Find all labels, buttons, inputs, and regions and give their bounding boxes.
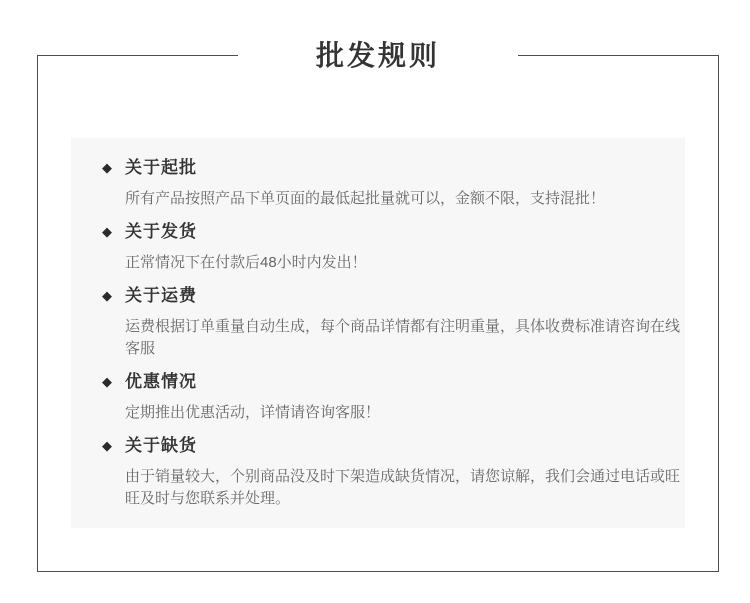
rule-section-freight: ◆ 关于运费 运费根据订单重量自动生成，每个商品详情都有注明重量，具体收费标准请… xyxy=(71,286,685,360)
rule-heading: 关于缺货 xyxy=(125,436,197,456)
rule-section-out-of-stock: ◆ 关于缺货 由于销量较大，个别商品没及时下架造成缺货情况，请您谅解，我们会通过… xyxy=(71,436,685,510)
diamond-bullet-icon: ◆ xyxy=(102,158,115,178)
rule-section-discount: ◆ 优惠情况 定期推出优惠活动，详情请咨询客服！ xyxy=(71,372,685,424)
rule-heading-row: ◆ 关于运费 xyxy=(102,286,683,306)
diamond-bullet-icon: ◆ xyxy=(102,286,115,306)
rules-box: 批发规则 ◆ 关于起批 所有产品按照产品下单页面的最低起批量就可以，金额不限，支… xyxy=(37,55,719,572)
rule-heading: 关于运费 xyxy=(125,286,197,306)
rules-panel: ◆ 关于起批 所有产品按照产品下单页面的最低起批量就可以，金额不限，支持混批！ … xyxy=(71,138,685,528)
rule-heading-row: ◆ 关于缺货 xyxy=(102,436,683,456)
rule-heading: 优惠情况 xyxy=(125,372,197,392)
rule-body: 定期推出优惠活动，详情请咨询客服！ xyxy=(125,402,683,424)
wholesale-rules-page: 批发规则 ◆ 关于起批 所有产品按照产品下单页面的最低起批量就可以，金额不限，支… xyxy=(0,0,750,603)
diamond-bullet-icon: ◆ xyxy=(102,436,115,456)
rule-heading-row: ◆ 关于起批 xyxy=(102,158,683,178)
rule-section-shipping: ◆ 关于发货 正常情况下在付款后48小时内发出！ xyxy=(71,222,685,274)
rule-section-min-order: ◆ 关于起批 所有产品按照产品下单页面的最低起批量就可以，金额不限，支持混批！ xyxy=(71,158,685,210)
rule-body: 所有产品按照产品下单页面的最低起批量就可以，金额不限，支持混批！ xyxy=(125,188,683,210)
rule-heading: 关于起批 xyxy=(125,158,197,178)
rule-body: 运费根据订单重量自动生成，每个商品详情都有注明重量，具体收费标准请咨询在线客服 xyxy=(125,316,683,360)
rule-heading-row: ◆ 关于发货 xyxy=(102,222,683,242)
rule-heading: 关于发货 xyxy=(125,222,197,242)
diamond-bullet-icon: ◆ xyxy=(102,222,115,242)
rule-body: 由于销量较大，个别商品没及时下架造成缺货情况，请您谅解，我们会通过电话或旺旺及时… xyxy=(125,466,683,510)
rule-heading-row: ◆ 优惠情况 xyxy=(102,372,683,392)
diamond-bullet-icon: ◆ xyxy=(102,372,115,392)
rule-body: 正常情况下在付款后48小时内发出！ xyxy=(125,252,683,274)
page-title: 批发规则 xyxy=(238,37,518,75)
